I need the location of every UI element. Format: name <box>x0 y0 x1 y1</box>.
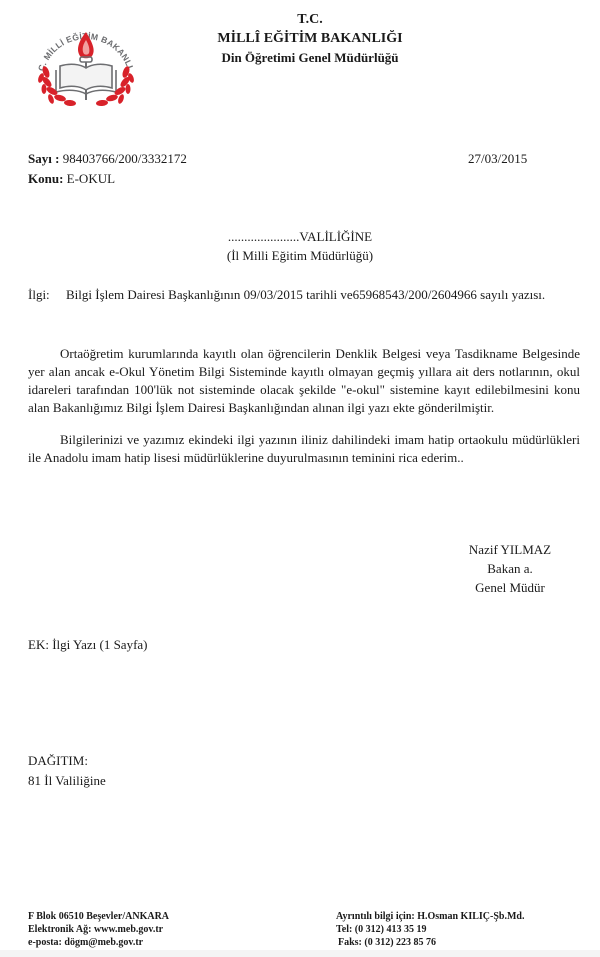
body-paragraph-2: Bilgilerinizi ve yazımız ekindeki ilgi y… <box>28 431 580 467</box>
footer-email: e-posta: dögm@meb.gov.tr <box>28 936 169 949</box>
signatory-name: Nazif YILMAZ <box>440 540 580 559</box>
attachment: EK: İlgi Yazı (1 Sayfa) <box>28 637 148 653</box>
reference: İlgi: Bilgi İşlem Dairesi Başkanlığının … <box>28 286 580 304</box>
footer-tel: Tel: (0 312) 413 35 19 <box>336 923 524 936</box>
addressee-subtitle: (İl Milli Eğitim Müdürlüğü) <box>150 248 450 264</box>
reference-label: İlgi: <box>28 286 50 304</box>
page-bottom-edge <box>0 950 600 957</box>
distribution-label: DAĞITIM: <box>28 753 88 769</box>
sayi-separator: : <box>52 151 63 166</box>
sayi-label: Sayı <box>28 151 52 166</box>
document-date: 27/03/2015 <box>468 151 527 167</box>
sayi-value: 98403766/200/3332172 <box>63 151 187 166</box>
signatory-title-2: Genel Müdür <box>440 578 580 597</box>
signature-block: Nazif YILMAZ Bakan a. Genel Müdür <box>440 540 580 597</box>
footer-fax: Faks: (0 312) 223 85 76 <box>336 936 524 949</box>
konu-label: Konu: <box>28 171 63 186</box>
footer-web: Elektronik Ağ: www.meb.gov.tr <box>28 923 169 936</box>
header-ministry: MİLLÎ EĞİTİM BAKANLIĞI <box>10 31 600 47</box>
footer-right: Ayrıntılı bilgi için: H.Osman KILIÇ-Şb.M… <box>336 910 524 949</box>
footer-contact: Ayrıntılı bilgi için: H.Osman KILIÇ-Şb.M… <box>336 910 524 923</box>
document-subject: Konu: E-OKUL <box>28 171 115 187</box>
body-paragraph-1: Ortaöğretim kurumlarında kayıtlı olan öğ… <box>28 345 580 417</box>
addressee: ......................VALİLİĞİNE <box>150 229 450 245</box>
footer-address: F Blok 06510 Beşevler/ANKARA <box>28 910 169 923</box>
distribution-item: 81 İl Valiliğine <box>28 773 106 789</box>
header-directorate: Din Öğretimi Genel Müdürlüğü <box>10 50 600 66</box>
signatory-title-1: Bakan a. <box>440 559 580 578</box>
reference-text: Bilgi İşlem Dairesi Başkanlığının 09/03/… <box>66 286 580 304</box>
konu-value: E-OKUL <box>63 171 115 186</box>
header-country: T.C. <box>10 12 600 28</box>
document-number: Sayı : 98403766/200/3332172 <box>28 151 187 167</box>
footer-left: F Blok 06510 Beşevler/ANKARA Elektronik … <box>28 910 169 949</box>
